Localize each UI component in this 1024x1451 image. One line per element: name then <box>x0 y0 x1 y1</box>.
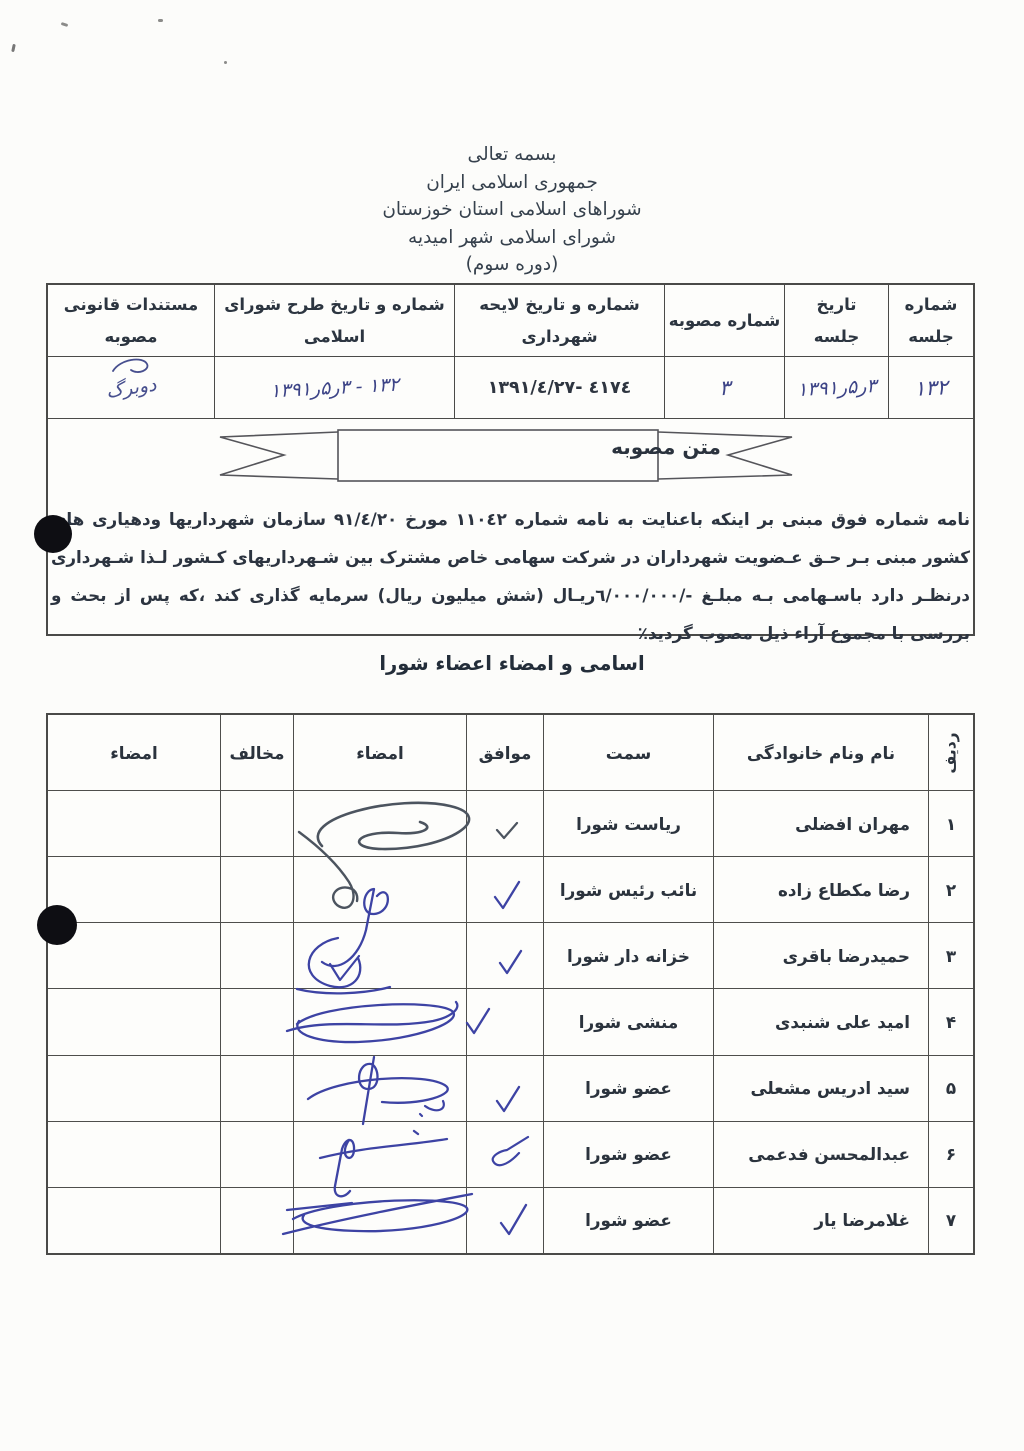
col-header-agree: موافق <box>466 715 543 790</box>
signature-cell <box>293 790 466 856</box>
meta-label: شهرداری <box>521 321 597 353</box>
member-name: غلامرضا یار <box>713 1187 928 1253</box>
meta-label: شماره <box>905 289 958 321</box>
col-header-position: سمت <box>543 715 713 790</box>
agree-cell <box>466 856 543 922</box>
signature-cell2 <box>48 1121 220 1187</box>
row-number-header-label: ردیف <box>942 732 960 773</box>
member-position: خزانه دار شورا <box>543 922 713 988</box>
agree-cell <box>466 1187 543 1253</box>
session-number-handwritten: ١٣٢ <box>913 375 948 401</box>
row-number: ۶ <box>928 1121 973 1187</box>
meta-col-session-date: تاریخجلسه ١٣٩١ر۵ر٣ <box>784 285 888 418</box>
signature-cell2 <box>48 1187 220 1253</box>
oppose-cell <box>220 790 293 856</box>
oppose-cell <box>220 988 293 1054</box>
agree-cell <box>466 1121 543 1187</box>
scan-speck <box>11 44 16 52</box>
signature-cell2 <box>48 856 220 922</box>
signature-cell2 <box>48 1055 220 1121</box>
legal-doc-handwritten: دوبرگ <box>105 373 158 402</box>
signature-cell <box>293 1055 466 1121</box>
scan-speck <box>158 19 163 22</box>
col-header-signature: امضاء <box>293 715 466 790</box>
col-header-oppose: مخالف <box>220 715 293 790</box>
scanned-council-resolution-page: بسمه تعالی جمهوری اسلامی ایران شوراهای ا… <box>0 0 1024 1451</box>
member-position: عضو شورا <box>543 1121 713 1187</box>
resolution-meta-table: شمارهجلسه ١٣٢ تاریخجلسه ١٣٩١ر۵ر٣ شماره م… <box>46 283 975 636</box>
meta-col-legal-documentation: مستندات قانونیمصوبه دوبرگ <box>48 285 214 418</box>
meta-label: مصوبه <box>104 321 157 353</box>
signature-cell <box>293 856 466 922</box>
member-name: مهران افضلی <box>713 790 928 856</box>
council-plan-handwritten: ١٣٩١ر۵ر٣ - ١٣٢ <box>269 373 399 402</box>
meta-label: مستندات قانونی <box>64 289 198 321</box>
agree-cell <box>466 790 543 856</box>
agree-cell <box>466 1055 543 1121</box>
oppose-cell <box>220 1187 293 1253</box>
member-name: رضا مکطاع زاده <box>713 856 928 922</box>
meta-col-council-plan-number-date: شماره و تاریخ طرح شورایاسلامی ١٣٩١ر۵ر٣ -… <box>214 285 454 418</box>
signatures-section-title: اسامی و امضاء اعضاء شورا <box>0 652 1024 675</box>
scan-speck <box>224 61 227 64</box>
resolution-body-cell: متن مصوبه نامه شماره فوق مبنی بر اینکه ب… <box>48 418 973 634</box>
signature-cell2 <box>48 790 220 856</box>
letterhead-city-council: شورای اسلامی شهر امیدیه <box>0 224 1024 252</box>
oppose-cell <box>220 922 293 988</box>
member-position: عضو شورا <box>543 1055 713 1121</box>
agree-cell <box>466 988 543 1054</box>
resolution-text: نامه شماره فوق مبنی بر اینکه باعنایت به … <box>51 500 970 652</box>
member-position: منشی شورا <box>543 988 713 1054</box>
member-position: ریاست شورا <box>543 790 713 856</box>
letterhead-province-councils: شوراهای اسلامی استان خوزستان <box>0 196 1024 224</box>
member-name: سید ادریس مشعلی <box>713 1055 928 1121</box>
oppose-cell <box>220 1055 293 1121</box>
session-date-handwritten: ١٣٩١ر۵ر٣ <box>796 374 877 400</box>
letterhead: بسمه تعالی جمهوری اسلامی ایران شوراهای ا… <box>0 141 1024 279</box>
letterhead-basmala: بسمه تعالی <box>0 141 1024 169</box>
signature-cell <box>293 1187 466 1253</box>
scan-speck <box>61 22 69 27</box>
letterhead-term: (دوره سوم) <box>0 251 1024 279</box>
meta-col-bill-number-date: شماره و تاریخ لایحهشهرداری ١٣٩١/٤/٢٧- ٤١… <box>454 285 664 418</box>
meta-label: شماره و تاریخ طرح شورای <box>224 289 444 321</box>
meta-label: تاریخ <box>817 289 857 321</box>
member-name: امید علی شنبدی <box>713 988 928 1054</box>
hole-punch <box>34 515 72 553</box>
signature-cell <box>293 922 466 988</box>
row-number: ۲ <box>928 856 973 922</box>
hole-punch <box>37 905 77 945</box>
col-header-name: نام ونام خانوادگی <box>713 715 928 790</box>
bill-number-date-value: ١٣٩١/٤/٢٧- ٤١٧٤ <box>488 378 632 398</box>
meta-label: جلسه <box>814 321 859 353</box>
member-name: عبدالمحسن فدعمی <box>713 1121 928 1187</box>
row-number: ۵ <box>928 1055 973 1121</box>
member-position: عضو شورا <box>543 1187 713 1253</box>
row-number: ۱ <box>928 790 973 856</box>
banner-title: متن مصوبه <box>506 435 826 459</box>
meta-col-session-number: شمارهجلسه ١٣٢ <box>888 285 973 418</box>
letterhead-country: جمهوری اسلامی ایران <box>0 169 1024 197</box>
members-signature-table: ردیف نام ونام خانوادگی سمت موافق امضاء م… <box>46 713 975 1255</box>
col-header-signature2: امضاء <box>48 715 220 790</box>
meta-label: اسلامی <box>304 321 365 353</box>
meta-label: شماره و تاریخ لایحه <box>479 289 640 321</box>
oppose-cell <box>220 856 293 922</box>
row-number: ۴ <box>928 988 973 1054</box>
col-header-row-number: ردیف <box>928 715 973 790</box>
member-position: نائب رئیس شورا <box>543 856 713 922</box>
row-number: ۳ <box>928 922 973 988</box>
oppose-cell <box>220 1121 293 1187</box>
meta-col-resolution-number: شماره مصوبه ٣ <box>664 285 784 418</box>
member-name: حمیدرضا باقری <box>713 922 928 988</box>
meta-label: جلسه <box>908 321 953 353</box>
resolution-number-handwritten: ٣ <box>718 375 731 400</box>
signature-cell2 <box>48 988 220 1054</box>
signature-cell <box>293 988 466 1054</box>
agree-cell <box>466 922 543 988</box>
resolution-amount: ٦/٠٠٠/٠٠٠/- <box>595 585 692 605</box>
signature-cell <box>293 1121 466 1187</box>
meta-label: شماره مصوبه <box>669 305 781 337</box>
row-number: ۷ <box>928 1187 973 1253</box>
